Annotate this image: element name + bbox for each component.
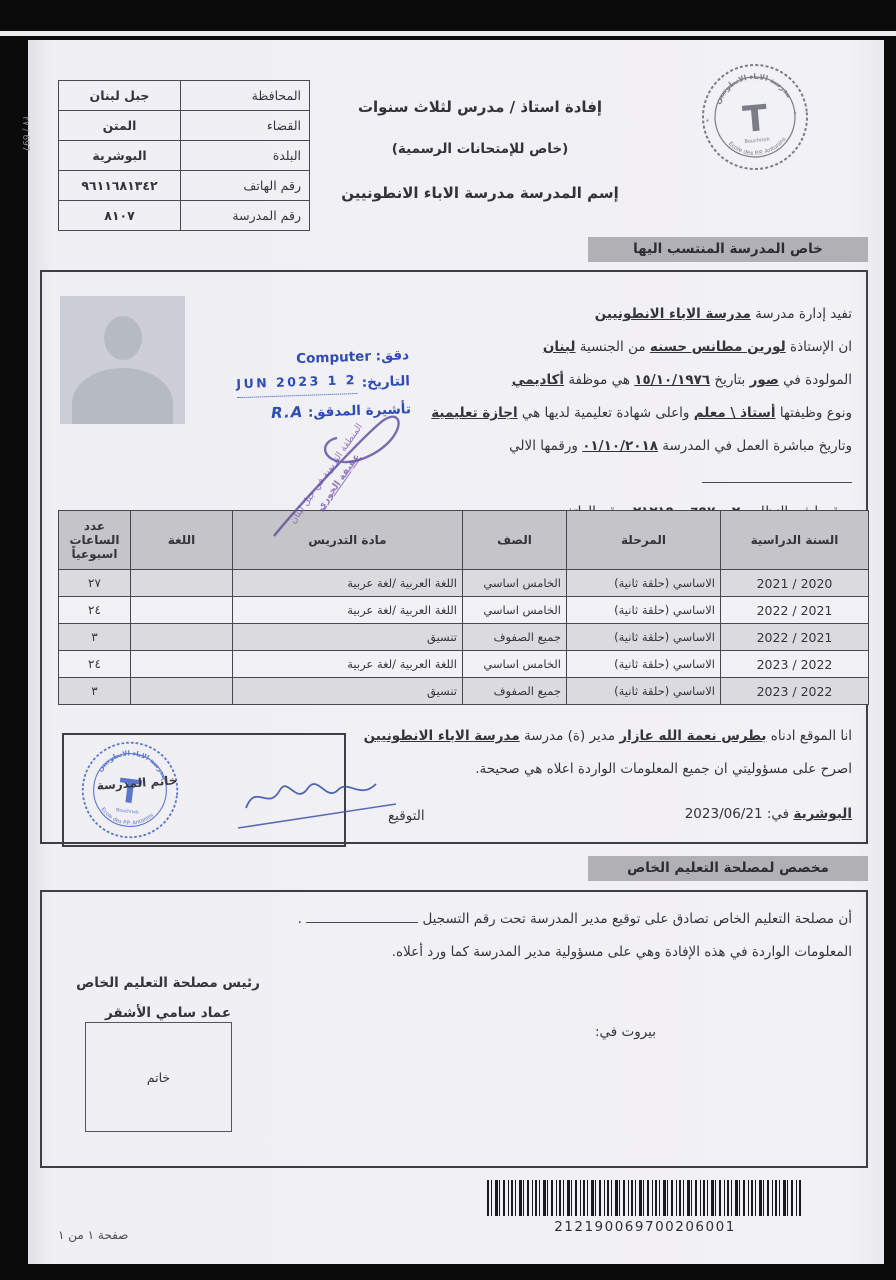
seal-locality: Bouchrieh [744, 137, 770, 145]
cert-line-birth: المولودة في صور بتاريخ ١٥/١٠/١٩٧٦ هي موظ… [372, 364, 852, 397]
duties-cell: اللغة العربية /لغة عربية [233, 570, 463, 597]
duties-cell [131, 570, 233, 597]
duties-table: السنة الدراسيةالمرحلةالصفمادة التدريسالل… [58, 510, 869, 705]
duties-row: 2021 / 2022الاساسي (حلقة ثانية)الخامس اس… [59, 597, 869, 624]
duties-cell: تنسيق [233, 624, 463, 651]
duties-cell: الخامس اساسي [463, 651, 567, 678]
info-value: المتن [59, 111, 181, 141]
blank-line [306, 908, 418, 923]
seal-star-right: * [793, 110, 798, 118]
section1-header-bar: خاص المدرسة المنتسب اليها [588, 237, 868, 262]
silhouette-torso [72, 368, 173, 424]
info-row: المحافظةجبل لبنان [59, 81, 310, 111]
duties-row: 2022 / 2023الاساسي (حلقة ثانية)جميع الصف… [59, 678, 869, 705]
duties-cell: اللغة العربية /لغة عربية [233, 651, 463, 678]
info-value: البوشرية [59, 141, 181, 171]
duties-cell: 2020 / 2021 [721, 570, 869, 597]
handwritten-initials-scribble [266, 410, 426, 545]
director-signature [236, 766, 401, 836]
duties-cell: تنسيق [233, 678, 463, 705]
duties-cell [131, 678, 233, 705]
duties-row: 2021 / 2022الاساسي (حلقة ثانية)جميع الصف… [59, 624, 869, 651]
title-line-1: إفادة استاذ / مدرس لثلاث سنوات [290, 98, 670, 116]
duties-column-header: الصف [463, 511, 567, 570]
title-line-2: (خاص للإمتحانات الرسمية) [290, 141, 670, 157]
duties-cell: الخامس اساسي [463, 597, 567, 624]
school-info-table: المحافظةجبل لبنانالقضاءالمتنالبلدةالبوشر… [58, 80, 310, 231]
beirut-date-label: بيروت في: [595, 1024, 656, 1040]
info-row: القضاءالمتن [59, 111, 310, 141]
blank-line [702, 468, 852, 483]
declaration-line-1: انا الموقع ادناه بطرس نعمة الله عازار مد… [312, 720, 852, 753]
duties-cell: الاساسي (حلقة ثانية) [567, 570, 721, 597]
info-row: رقم الهاتف٩٦١١٦٨١٣٤٢ [59, 171, 310, 201]
duties-cell: الخامس اساسي [463, 570, 567, 597]
duties-cell: ٣ [59, 624, 131, 651]
duties-column-header: عدد الساعات اسبوعياً [59, 511, 131, 570]
duties-cell: الاساسي (حلقة ثانية) [567, 624, 721, 651]
duties-column-header: السنة الدراسية [721, 511, 869, 570]
school-seal-stamp: مدرسة الاباء الانطونيين Ecole des P.P. A… [695, 57, 814, 176]
ministry-paragraph: أن مصلحة التعليم الخاص تصادق على توقيع م… [82, 903, 852, 969]
barcode [487, 1180, 803, 1216]
info-row: البلدةالبوشرية [59, 141, 310, 171]
duties-cell: ٢٤ [59, 651, 131, 678]
duties-cell: جميع الصفوف [463, 678, 567, 705]
place-and-date: البوشرية في: 2023/06/21 [685, 806, 852, 822]
info-row: رقم المدرسة٨١٠٧ [59, 201, 310, 231]
duties-cell: الاساسي (حلقة ثانية) [567, 651, 721, 678]
duties-column-header: المرحلة [567, 511, 721, 570]
ministry-stamp-box: خاتم [85, 1022, 232, 1132]
cert-line-startdate: وتاريخ مباشرة العمل في المدرسة ٠١/١٠/٢٠١… [372, 430, 852, 496]
seal-star-left: * [705, 118, 710, 126]
section2-header-bar: مخصص لمصلحة التعليم الخاص [588, 856, 868, 881]
duties-cell: ٢٤ [59, 597, 131, 624]
duties-row: 2020 / 2021الاساسي (حلقة ثانية)الخامس اس… [59, 570, 869, 597]
duties-cell: 2021 / 2022 [721, 624, 869, 651]
duties-cell [131, 651, 233, 678]
ministry-line-1: أن مصلحة التعليم الخاص تصادق على توقيع م… [82, 903, 852, 936]
duties-cell: 2022 / 2023 [721, 678, 869, 705]
duties-cell: اللغة العربية /لغة عربية [233, 597, 463, 624]
scanned-document-page: 697 / ٢٧ المحافظةجبل لبنانالقضاءالمتنالب… [0, 0, 896, 1280]
info-value: جبل لبنان [59, 81, 181, 111]
info-value: ٩٦١١٦٨١٣٤٢ [59, 171, 181, 201]
info-value: ٨١٠٧ [59, 201, 181, 231]
duties-cell [131, 624, 233, 651]
duties-cell: ٣ [59, 678, 131, 705]
duties-column-header: اللغة [131, 511, 233, 570]
barcode-number: 212190069700206001 [487, 1219, 803, 1235]
scan-top-line [0, 31, 896, 36]
cert-line-job: ونوع وظيفتها أستاذ \ معلم واعلى شهادة تع… [372, 397, 852, 430]
info-label: رقم المدرسة [181, 201, 310, 231]
duties-cell [131, 597, 233, 624]
chief-signature-block: رئيس مصلحة التعليم الخاص عماد سامي الأشق… [62, 968, 274, 1028]
chief-title: رئيس مصلحة التعليم الخاص [62, 968, 274, 998]
duties-cell: جميع الصفوف [463, 624, 567, 651]
side-reference-number: 697 / ٢٧ [20, 116, 30, 152]
photo-placeholder [60, 296, 185, 424]
date-stamp: 2 1 JUN 2023 [236, 367, 357, 398]
duties-cell: 2021 / 2022 [721, 597, 869, 624]
ministry-stamp-label: خاتم [147, 1070, 170, 1085]
duties-row: 2022 / 2023الاساسي (حلقة ثانية)الخامس اس… [59, 651, 869, 678]
document-title: إفادة استاذ / مدرس لثلاث سنوات (خاص للإم… [290, 98, 670, 202]
duties-cell: الاساسي (حلقة ثانية) [567, 597, 721, 624]
duties-header-row: السنة الدراسيةالمرحلةالصفمادة التدريسالل… [59, 511, 869, 570]
title-line-3: إسم المدرسة مدرسة الاباء الانطونيين [290, 184, 670, 202]
duties-cell: ٢٧ [59, 570, 131, 597]
cert-line-teacher: ان الإستاذة لورين مطانس حسنه من الجنسية … [372, 331, 852, 364]
page-number-footer: صفحة ١ من ١ [58, 1228, 128, 1242]
ministry-line-2: المعلومات الواردة في هذه الإفادة وهي على… [82, 936, 852, 969]
duties-cell: الاساسي (حلقة ثانية) [567, 678, 721, 705]
seal-monogram: T [741, 98, 769, 141]
silhouette-head [104, 316, 142, 360]
cert-line-school: تفيد إدارة مدرسة مدرسة الاباء الانطونيين [372, 298, 852, 331]
duties-cell: 2022 / 2023 [721, 651, 869, 678]
